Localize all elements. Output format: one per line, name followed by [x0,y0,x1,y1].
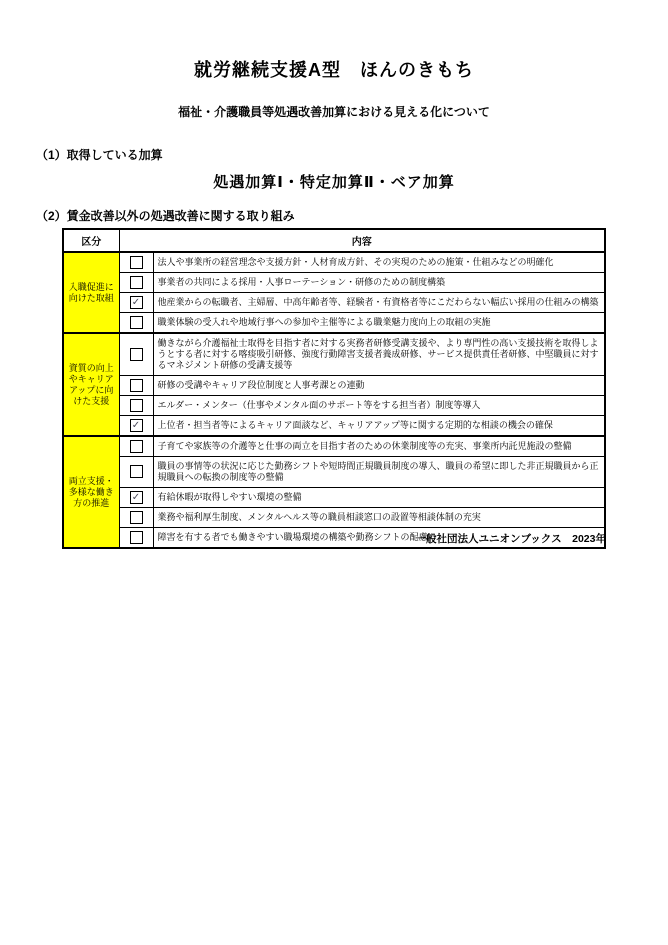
category-cell: 入職促進に向けた取組 [63,252,119,333]
acquired-addons-value: 処遇加算Ⅰ・特定加算Ⅱ・ベア加算 [0,171,668,192]
checkbox-cell: ✓ [119,293,153,313]
checkbox-unchecked[interactable] [130,465,143,478]
checkbox-cell [119,457,153,488]
row-text: 職員の事情等の状況に応じた勤務シフトや短時間正規職員制度の導入、職員の希望に即し… [153,457,605,488]
page-subtitle: 福祉・介護職員等処遇改善加算における見える化について [0,103,668,120]
addon-table-body: 入職促進に向けた取組法人や事業所の経営理念や支援方針・人材育成方針、その実現のた… [63,252,605,548]
table-row: ✓上位者・担当者等によるキャリア面談など、キャリアアップ等に関する定期的な相談の… [63,416,605,437]
row-text: 上位者・担当者等によるキャリア面談など、キャリアアップ等に関する定期的な相談の機… [153,416,605,437]
table-row: 入職促進に向けた取組法人や事業所の経営理念や支援方針・人材育成方針、その実現のた… [63,252,605,273]
column-header-category: 区分 [63,229,119,252]
row-text: 業務や福利厚生制度、メンタルヘルス等の職員相談窓口の設置等相談体制の充実 [153,508,605,528]
checkbox-cell [119,508,153,528]
checkbox-unchecked[interactable] [130,316,143,329]
column-header-content: 内容 [119,229,605,252]
checkbox-cell [119,396,153,416]
row-text: 法人や事業所の経営理念や支援方針・人材育成方針、その実現のための施策・仕組みなど… [153,252,605,273]
checkbox-unchecked[interactable] [130,440,143,453]
row-text: エルダー・メンター（仕事やメンタル面のサポート等をする担当者）制度等導入 [153,396,605,416]
table-row: 事業者の共同による採用・人事ローテーション・研修のための制度構築 [63,273,605,293]
checkbox-cell [119,252,153,273]
table-row: 研修の受講やキャリア段位制度と人事考課との連動 [63,376,605,396]
checkbox-cell [119,273,153,293]
row-text: 他産業からの転職者、主婦層、中高年齢者等、経験者・有資格者等にこだわらない幅広い… [153,293,605,313]
row-text: 有給休暇が取得しやすい環境の整備 [153,488,605,508]
table-row: エルダー・メンター（仕事やメンタル面のサポート等をする担当者）制度等導入 [63,396,605,416]
checkbox-cell: ✓ [119,416,153,437]
row-text: 子育てや家族等の介護等と仕事の両立を目指す者のための休業制度等の充実、事業所内託… [153,436,605,457]
checkbox-unchecked[interactable] [130,379,143,392]
table-row: ✓他産業からの転職者、主婦層、中高年齢者等、経験者・有資格者等にこだわらない幅広… [63,293,605,313]
checkbox-unchecked[interactable] [130,511,143,524]
row-text: 事業者の共同による採用・人事ローテーション・研修のための制度構築 [153,273,605,293]
row-text: 研修の受講やキャリア段位制度と人事考課との連動 [153,376,605,396]
table-row: 職員の事情等の状況に応じた勤務シフトや短時間正規職員制度の導入、職員の希望に即し… [63,457,605,488]
table-row: 業務や福利厚生制度、メンタルヘルス等の職員相談窓口の設置等相談体制の充実 [63,508,605,528]
checkbox-cell [119,436,153,457]
checkbox-unchecked[interactable] [130,256,143,269]
table-row: 資質の向上やキャリアアップに向けた支援働きながら介護福祉士取得を目指す者に対する… [63,333,605,376]
checkbox-cell [119,333,153,376]
checkbox-checked[interactable]: ✓ [130,419,143,432]
checkbox-cell: ✓ [119,488,153,508]
table-row: 両立支援・多様な働き方の推進子育てや家族等の介護等と仕事の両立を目指す者のための… [63,436,605,457]
page-title: 就労継続支援A型 ほんのきもち [0,56,668,82]
checkbox-cell [119,313,153,334]
checkbox-unchecked[interactable] [130,399,143,412]
table-header-row: 区分 内容 [63,229,605,252]
category-cell: 資質の向上やキャリアアップに向けた支援 [63,333,119,436]
table-row: ✓有給休暇が取得しやすい環境の整備 [63,488,605,508]
treatment-improvement-table: 区分 内容 入職促進に向けた取組法人や事業所の経営理念や支援方針・人材育成方針、… [62,228,606,549]
checkbox-checked[interactable]: ✓ [130,296,143,309]
checkbox-unchecked[interactable] [130,276,143,289]
checkbox-cell [119,376,153,396]
document-page: 就労継続支援A型 ほんのきもち 福祉・介護職員等処遇改善加算における見える化につ… [0,0,668,945]
section1-heading: （1）取得している加算 [36,146,163,163]
checkbox-checked[interactable]: ✓ [130,491,143,504]
row-text: 働きながら介護福祉士取得を目指す者に対する実務者研修受講支援や、より専門性の高い… [153,333,605,376]
checkbox-unchecked[interactable] [130,348,143,361]
footer-credit: 一般社団法人ユニオンブックス 2023年 [62,531,606,546]
section2-heading: （2）賃金改善以外の処遇改善に関する取り組み [36,207,295,224]
row-text: 職業体験の受入れや地域行事への参加や主催等による職業魅力度向上の取組の実施 [153,313,605,334]
table-row: 職業体験の受入れや地域行事への参加や主催等による職業魅力度向上の取組の実施 [63,313,605,334]
